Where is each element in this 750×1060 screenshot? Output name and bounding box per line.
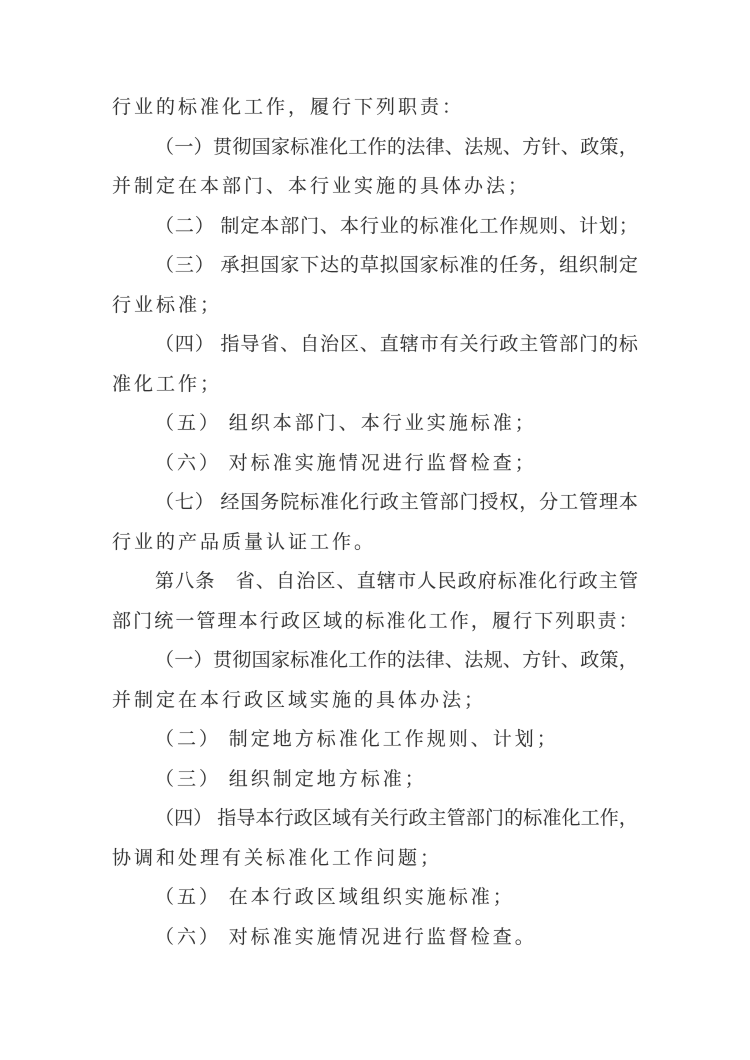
glyph: 门: [579, 325, 598, 365]
glyph: 导: [236, 799, 255, 839]
text-line: 并制定在本部门、本行业实施的具体办法；: [112, 167, 638, 207]
glyph: 一: [174, 641, 193, 681]
glyph: 准: [440, 207, 459, 247]
glyph: 化: [340, 483, 359, 523]
glyph: 、: [561, 128, 580, 168]
glyph: 下: [300, 246, 319, 286]
glyph: 、: [280, 325, 299, 365]
glyph: 理: [218, 602, 237, 642]
glyph: （: [155, 207, 174, 247]
glyph: ）: [195, 207, 214, 247]
glyph: ，: [519, 483, 538, 523]
glyph: 的: [387, 641, 406, 681]
text-line: 第八条 省、自治区、直辖市人民政府标准化行政主管: [112, 562, 638, 602]
glyph: 策: [600, 128, 619, 168]
glyph: 法: [406, 128, 425, 168]
glyph: 准: [386, 602, 405, 642]
glyph: 作: [368, 128, 387, 168]
glyph: 国: [252, 128, 271, 168]
glyph: 化: [459, 207, 478, 247]
text-line: 并制定在本行政区域实施的具体办法；: [112, 681, 638, 721]
glyph: 本: [260, 207, 279, 247]
glyph: 四: [174, 799, 193, 839]
glyph: 一: [175, 602, 194, 642]
text-line: 准化工作；: [112, 365, 638, 405]
glyph: 政: [294, 799, 313, 839]
glyph: 自: [300, 325, 319, 365]
glyph: 政: [458, 562, 477, 602]
glyph: 门: [133, 602, 152, 642]
glyph: [215, 325, 220, 365]
glyph: 关: [459, 325, 478, 365]
glyph: ，: [539, 246, 558, 286]
glyph: 贯: [213, 641, 232, 681]
text-line: 协调和处理有关标准化工作问题；: [112, 839, 638, 879]
glyph: 行: [260, 602, 279, 642]
glyph: 区: [316, 562, 335, 602]
glyph: 管: [619, 562, 638, 602]
glyph: 域: [332, 799, 351, 839]
glyph: 一: [174, 128, 193, 168]
glyph: 准: [518, 562, 537, 602]
glyph: 授: [479, 483, 498, 523]
glyph: 、: [360, 325, 379, 365]
glyph: 制: [599, 246, 618, 286]
glyph: ；: [619, 207, 638, 247]
text-line: （六） 对标准实施情况进行监督检查；: [112, 444, 638, 484]
glyph: ，: [619, 799, 638, 839]
glyph: 组: [559, 246, 578, 286]
glyph: 、: [561, 641, 580, 681]
glyph: 工: [348, 641, 367, 681]
glyph: 律: [426, 128, 445, 168]
glyph: 政: [579, 562, 598, 602]
glyph: ：: [619, 602, 638, 642]
glyph: 四: [175, 325, 194, 365]
glyph: 方: [522, 128, 541, 168]
glyph: 化: [329, 128, 348, 168]
glyph: 人: [417, 562, 436, 602]
glyph: 国: [252, 641, 271, 681]
glyph: 规: [484, 641, 503, 681]
glyph: 标: [619, 325, 638, 365]
text-line: 行业的产品质量认证工作。: [112, 523, 638, 563]
glyph: 针: [542, 641, 561, 681]
text-line: （四） 指导本行政区域有关行政主管部门的标准化工作，: [112, 799, 638, 839]
text-line: （三） 组织制定地方标准；: [112, 760, 638, 800]
glyph: 行: [360, 207, 379, 247]
glyph: 辖: [377, 562, 396, 602]
glyph: 本: [340, 207, 359, 247]
glyph: 准: [310, 641, 329, 681]
glyph: 政: [499, 325, 518, 365]
glyph: 定: [619, 246, 638, 286]
glyph: 列: [555, 602, 574, 642]
glyph: 部: [112, 602, 131, 642]
glyph: 理: [599, 483, 618, 523]
glyph: 策: [600, 641, 619, 681]
glyph: 门: [300, 207, 319, 247]
glyph: 拟: [380, 246, 399, 286]
glyph: 市: [397, 562, 416, 602]
glyph: 法: [464, 641, 483, 681]
glyph: 贯: [213, 128, 232, 168]
glyph: 政: [281, 602, 300, 642]
glyph: ）: [194, 128, 213, 168]
glyph: 主: [428, 799, 447, 839]
glyph: 第: [155, 562, 174, 602]
glyph: 国: [400, 246, 419, 286]
glyph: 权: [499, 483, 518, 523]
glyph: 门: [485, 799, 504, 839]
glyph: 经: [220, 483, 239, 523]
glyph: 标: [290, 128, 309, 168]
text-line: （二） 制定本部门、本行业的标准化工作规则、计划；: [112, 207, 638, 247]
glyph: 、: [503, 128, 522, 168]
glyph: 政: [580, 128, 599, 168]
glyph: 主: [519, 325, 538, 365]
glyph: 化: [538, 562, 557, 602]
glyph: 制: [220, 207, 239, 247]
glyph: 标: [440, 246, 459, 286]
glyph: 的: [400, 207, 419, 247]
glyph: 标: [290, 641, 309, 681]
text-line: 行业的标准化工作，履行下列职责：: [112, 88, 638, 128]
glyph: 化: [408, 602, 427, 642]
glyph: （: [155, 641, 174, 681]
glyph: 直: [357, 562, 376, 602]
glyph: ，: [471, 602, 490, 642]
glyph: 律: [426, 641, 445, 681]
document-body: 行业的标准化工作，履行下列职责：（一）贯彻国家标准化工作的法律、法规、方针、政策…: [112, 88, 638, 957]
glyph: 务: [260, 483, 279, 523]
glyph: 二: [175, 207, 194, 247]
glyph: （: [155, 799, 174, 839]
glyph: 彻: [232, 128, 251, 168]
text-line: （三） 承担国家下达的草拟国家标准的任务，组织制定: [112, 246, 638, 286]
text-line: （五） 组织本部门、本行业实施标准；: [112, 404, 638, 444]
glyph: 治: [296, 562, 315, 602]
glyph: 管: [539, 325, 558, 365]
glyph: 民: [437, 562, 456, 602]
glyph: 门: [459, 483, 478, 523]
glyph: 主: [400, 483, 419, 523]
glyph: 规: [519, 207, 538, 247]
glyph: 八: [175, 562, 194, 602]
glyph: 化: [561, 799, 580, 839]
glyph: 行: [513, 602, 532, 642]
glyph: 的: [340, 246, 359, 286]
glyph: 工: [479, 207, 498, 247]
glyph: 作: [499, 207, 518, 247]
glyph: （: [155, 483, 174, 523]
glyph: [216, 562, 235, 602]
glyph: 管: [447, 799, 466, 839]
glyph: ，: [619, 128, 638, 168]
glyph: 行: [479, 325, 498, 365]
glyph: 针: [542, 128, 561, 168]
glyph: 省: [260, 325, 279, 365]
glyph: 治: [320, 325, 339, 365]
text-line: （五） 在本行政区域组织实施标准；: [112, 878, 638, 918]
glyph: 准: [459, 246, 478, 286]
glyph: 规: [484, 128, 503, 168]
glyph: 、: [337, 562, 356, 602]
glyph: 政: [408, 799, 427, 839]
glyph: 草: [360, 246, 379, 286]
glyph: 、: [320, 207, 339, 247]
glyph: 国: [240, 483, 259, 523]
glyph: 指: [220, 325, 239, 365]
glyph: 管: [196, 602, 215, 642]
text-line: （一）贯彻国家标准化工作的法律、法规、方针、政策，: [112, 128, 638, 168]
glyph: （: [155, 246, 174, 286]
glyph: 责: [598, 602, 617, 642]
glyph: 管: [579, 483, 598, 523]
glyph: 家: [420, 246, 439, 286]
glyph: 行: [275, 799, 294, 839]
glyph: ）: [195, 483, 214, 523]
glyph: 、: [559, 207, 578, 247]
glyph: 家: [280, 246, 299, 286]
glyph: 工: [581, 799, 600, 839]
glyph: 本: [239, 602, 258, 642]
text-line: （二） 制定地方标准化工作规则、计划；: [112, 720, 638, 760]
glyph: 达: [320, 246, 339, 286]
glyph: 履: [492, 602, 511, 642]
glyph: 家: [271, 128, 290, 168]
glyph: 部: [559, 325, 578, 365]
text-line: （一）贯彻国家标准化工作的法律、法规、方针、政策，: [112, 641, 638, 681]
glyph: 辖: [400, 325, 419, 365]
glyph: 承: [220, 246, 239, 286]
glyph: 主: [599, 562, 618, 602]
text-line: （七） 经国务院标准化行政主管部门授权，分工管理本: [112, 483, 638, 523]
glyph: 行: [360, 483, 379, 523]
glyph: ）: [194, 641, 213, 681]
glyph: 则: [539, 207, 558, 247]
text-line: 行业标准；: [112, 286, 638, 326]
glyph: 省: [236, 562, 255, 602]
glyph: （: [155, 128, 174, 168]
glyph: 职: [576, 602, 595, 642]
glyph: 直: [380, 325, 399, 365]
glyph: 的: [479, 246, 498, 286]
glyph: 业: [380, 207, 399, 247]
glyph: 务: [519, 246, 538, 286]
glyph: 指: [217, 799, 236, 839]
glyph: 本: [255, 799, 274, 839]
glyph: ）: [193, 799, 212, 839]
glyph: 化: [329, 641, 348, 681]
glyph: 区: [313, 799, 332, 839]
glyph: 部: [440, 483, 459, 523]
glyph: 、: [445, 641, 464, 681]
glyph: 院: [280, 483, 299, 523]
glyph: 、: [445, 128, 464, 168]
glyph: 工: [348, 128, 367, 168]
glyph: 作: [368, 641, 387, 681]
glyph: 方: [522, 641, 541, 681]
glyph: 关: [370, 799, 389, 839]
glyph: 作: [450, 602, 469, 642]
glyph: 行: [389, 799, 408, 839]
glyph: 导: [240, 325, 259, 365]
glyph: 管: [420, 483, 439, 523]
glyph: [215, 207, 220, 247]
glyph: 彻: [232, 641, 251, 681]
glyph: 标: [300, 483, 319, 523]
glyph: 定: [240, 207, 259, 247]
glyph: 的: [599, 325, 618, 365]
glyph: 分: [539, 483, 558, 523]
glyph: 担: [240, 246, 259, 286]
glyph: 有: [351, 799, 370, 839]
glyph: 政: [380, 483, 399, 523]
glyph: 划: [599, 207, 618, 247]
glyph: ，: [619, 641, 638, 681]
glyph: 的: [504, 799, 523, 839]
glyph: 准: [320, 483, 339, 523]
glyph: 七: [175, 483, 194, 523]
glyph: 国: [260, 246, 279, 286]
glyph: ）: [195, 325, 214, 365]
glyph: ）: [195, 246, 214, 286]
glyph: 部: [280, 207, 299, 247]
document-page: 行业的标准化工作，履行下列职责：（一）贯彻国家标准化工作的法律、法规、方针、政策…: [0, 0, 750, 1060]
glyph: 域: [323, 602, 342, 642]
text-line: （六） 对标准实施情况进行监督检查。: [112, 918, 638, 958]
glyph: 计: [579, 207, 598, 247]
glyph: 准: [542, 799, 561, 839]
glyph: 标: [420, 207, 439, 247]
glyph: 法: [464, 128, 483, 168]
glyph: 工: [429, 602, 448, 642]
glyph: 、: [503, 641, 522, 681]
glyph: 市: [420, 325, 439, 365]
glyph: 标: [523, 799, 542, 839]
glyph: 准: [310, 128, 329, 168]
glyph: 有: [440, 325, 459, 365]
text-line: （四） 指导省、自治区、直辖市有关行政主管部门的标: [112, 325, 638, 365]
glyph: 标: [498, 562, 517, 602]
text-line: 部门统一管理本行政区域的标准化工作，履行下列职责：: [112, 602, 638, 642]
glyph: 任: [499, 246, 518, 286]
glyph: 作: [600, 799, 619, 839]
glyph: 本: [619, 483, 638, 523]
glyph: 的: [387, 128, 406, 168]
glyph: 区: [340, 325, 359, 365]
glyph: 的: [344, 602, 363, 642]
glyph: 部: [466, 799, 485, 839]
glyph: 三: [175, 246, 194, 286]
glyph: 统: [154, 602, 173, 642]
glyph: 政: [580, 641, 599, 681]
glyph: [215, 483, 220, 523]
glyph: 、: [256, 562, 275, 602]
glyph: 自: [276, 562, 295, 602]
glyph: 家: [271, 641, 290, 681]
glyph: [215, 246, 220, 286]
glyph: 条: [195, 562, 214, 602]
glyph: 下: [534, 602, 553, 642]
glyph: 工: [559, 483, 578, 523]
glyph: 织: [579, 246, 598, 286]
glyph: 行: [558, 562, 577, 602]
glyph: 标: [365, 602, 384, 642]
glyph: 法: [406, 641, 425, 681]
glyph: 府: [478, 562, 497, 602]
glyph: （: [155, 325, 174, 365]
glyph: 区: [302, 602, 321, 642]
